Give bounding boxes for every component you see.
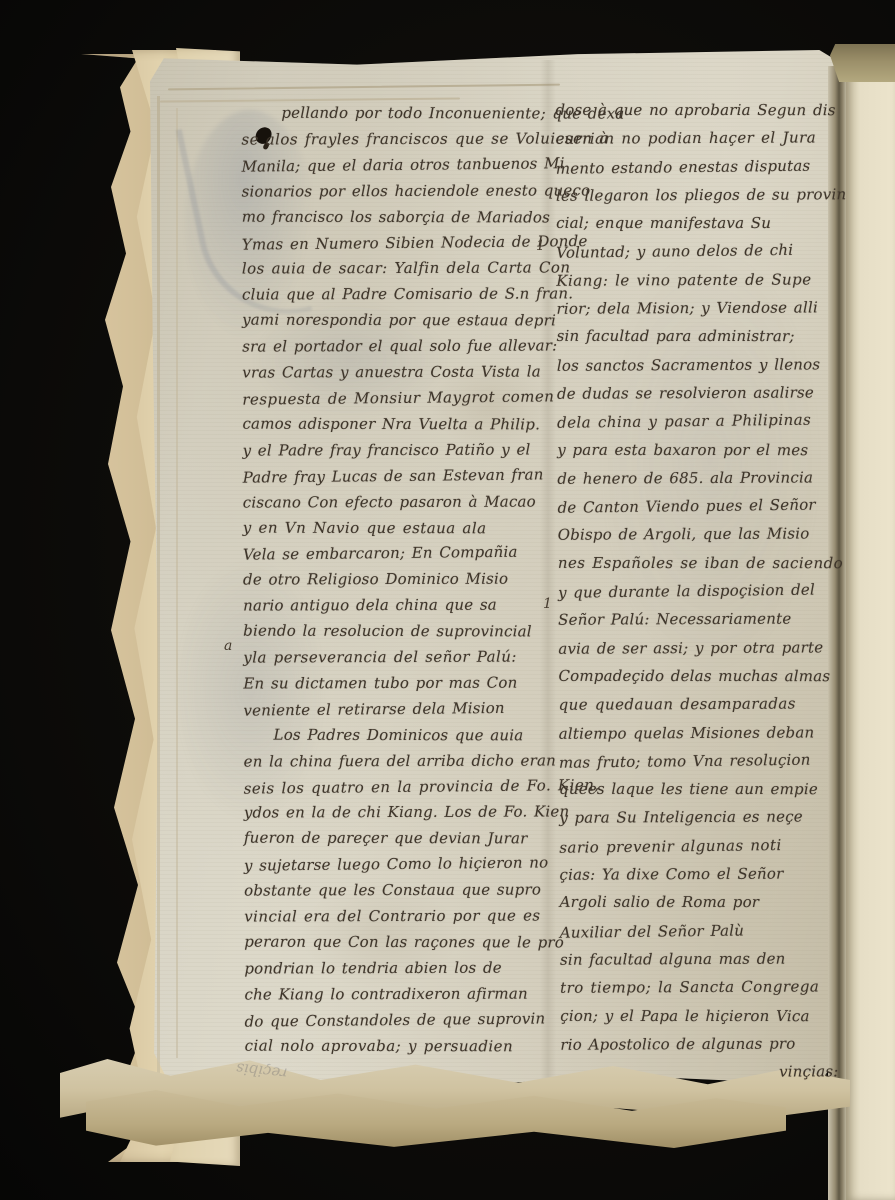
- manuscript-line: dela china y pasar a Philipinas: [557, 406, 845, 438]
- manuscript-line: peraron que Con las raçones que le pro: [244, 930, 550, 957]
- manuscript-line: yla perseverancia del señor Palú:: [243, 644, 549, 671]
- manuscript-line: fueron de pareçer que devian Jurar: [244, 826, 550, 853]
- manuscript-line: Ymas en Numero Sibien Nodecia de Donde: [242, 229, 548, 258]
- manuscript-line: vincial era del Contrario por que es: [244, 904, 550, 931]
- underleaf-edge-line-vertical: [157, 96, 160, 1076]
- manuscript-line: rior; dela Mision; y Viendose alli: [556, 293, 844, 323]
- manuscript-line: mo francisco los saborçia de Mariados: [242, 204, 548, 231]
- manuscript-line: sionarios por ellos haciendole enesto qu…: [242, 178, 548, 205]
- manuscript-line: camos adisponer Nra Vuelta a Philip.: [242, 411, 548, 438]
- marginal-insertion-mark: 1: [543, 596, 552, 612]
- manuscript-line: seis los quatro en la provincia de Fo. K…: [244, 773, 550, 802]
- manuscript-line: dose à que no aprobaria Segun dis: [555, 96, 843, 125]
- manuscript-line: cial nolo aprovaba; y persuadien: [245, 1033, 551, 1060]
- manuscript-line: quees laque les tiene aun empie: [559, 775, 847, 804]
- manuscript-line: se alos frayles franciscos que se Voluie…: [241, 126, 547, 153]
- manuscript-line: obstante que les Constaua que supro: [244, 878, 550, 905]
- manuscript-line: yami norespondia por que estaua depri: [242, 308, 548, 335]
- manuscript-line: ydos en la de chi Kiang. Los de Fo. Kien: [244, 800, 550, 827]
- manuscript-line: los sanctos Sacramentos y llenos: [557, 350, 845, 380]
- manuscript-line: Compadeçido delas muchas almas: [558, 662, 846, 691]
- manuscript-line: çias: Ya dixe Como el Señor: [559, 859, 847, 889]
- manuscript-line: nes Españoles se iban de saciendo: [558, 549, 846, 578]
- manuscript-line: sin facultad para administrar;: [557, 322, 845, 351]
- manuscript-line: y el Padre fray francisco Patiño y el: [243, 437, 549, 464]
- manuscript-line: y para esta baxaron por el mes: [557, 435, 845, 464]
- manuscript-line: de dudas se resolvieron asalirse: [557, 378, 845, 408]
- manuscript-line: y en Vn Navio que estaua ala: [243, 515, 549, 542]
- manuscript-line: veniente el retirarse dela Mision: [243, 695, 549, 724]
- manuscript-line: vinçias:: [560, 1057, 848, 1087]
- manuscript-line: mas fruto; tomo Vna resoluçion: [559, 745, 847, 777]
- manuscript-line: Manila; que el daria otros tanbuenos Mi: [241, 151, 547, 180]
- manuscript-line: en la china fuera del arriba dicho eran: [244, 748, 550, 775]
- manuscript-line: sario prevenir algunas noti: [559, 830, 847, 862]
- manuscript-line: y que durante la dispoçision del: [558, 575, 846, 607]
- manuscript-line: cluia que al Padre Comisario de S.n fran…: [242, 282, 548, 309]
- manuscript-line: rio Apostolico de algunas pro: [560, 1029, 848, 1059]
- manuscript-line: çion; y el Papa le hiçieron Vica: [560, 1001, 848, 1030]
- manuscript-line: les llegaron los pliegos de su provin: [556, 180, 844, 210]
- manuscript-line: que quedauan desamparadas: [559, 689, 847, 719]
- manuscript-line: pellando por todo Inconueniente; que dex…: [241, 101, 547, 128]
- underleaf-edge-line-vertical: [176, 108, 178, 1058]
- book-top-edge: [830, 44, 895, 82]
- manuscript-line: tro tiempo; la Sancta Congrega: [560, 972, 848, 1002]
- manuscript-line: respuesta de Monsiur Maygrot comen: [242, 384, 548, 413]
- manuscript-line: de henero de 685. ala Provincia: [557, 463, 845, 493]
- manuscript-line: En su dictamen tubo por mas Con: [243, 670, 549, 697]
- manuscript-line: vras Cartas y anuestra Costa Vista la: [242, 360, 548, 387]
- manuscript-line: Voluntad; y auno delos de chi: [556, 236, 844, 268]
- manuscript-line: de otro Religioso Dominico Misio: [243, 567, 549, 594]
- manuscript-line: Vela se embarcaron; En Compañia: [243, 540, 549, 569]
- manuscript-line: y sujetarse luego Como lo hiçieron no: [244, 851, 550, 880]
- marginal-insertion-mark: 1: [536, 238, 545, 254]
- manuscript-line: do que Constandoles de que suprovin: [244, 1006, 550, 1035]
- manuscript-line: y para Su Inteligencia es neçe: [559, 803, 847, 833]
- manuscript-line: che Kiang lo contradixeron afirman: [244, 981, 550, 1008]
- manuscript-line: Los Padres Dominicos que auia: [244, 722, 550, 749]
- manuscript-line: cial; enque manifestava Su: [556, 209, 844, 238]
- manuscript-line: pondrian lo tendria abien los de: [244, 955, 550, 982]
- marginal-insertion-mark: a: [224, 638, 232, 654]
- manuscript-line: Padre fray Lucas de san Estevan fran: [243, 462, 549, 491]
- manuscript-line: Argoli salio de Roma por: [560, 888, 848, 917]
- manuscript-line: nario antiguo dela china que sa: [243, 593, 549, 620]
- manuscript-line: Señor Palú: Necessariamente: [558, 605, 846, 635]
- manuscript-line: sra el portador el qual solo fue allevar…: [242, 334, 548, 361]
- manuscript-line: currian no podian haçer el Jura: [556, 124, 844, 154]
- manuscript-line: ciscano Con efecto pasaron à Macao: [243, 489, 549, 516]
- manuscript-line: altiempo quelas Misiones deban: [559, 718, 847, 748]
- right-text-column: dose à que no aprobaria Segun discurrian…: [555, 95, 848, 1087]
- manuscript-line: Obispo de Argoli, que las Misio: [558, 520, 846, 550]
- facing-blank-page: [846, 62, 895, 1200]
- manuscript-line: Auxiliar del Señor Palù: [560, 915, 848, 947]
- manuscript-line: Kiang: le vino patente de Supe: [556, 265, 844, 295]
- left-text-column: pellando por todo Inconueniente; que dex…: [241, 100, 550, 1060]
- manuscript-line: avia de ser assi; y por otra parte: [558, 633, 846, 663]
- manuscript-line: mento estando enestas disputas: [556, 151, 844, 183]
- manuscript-line: biendo la resolucion de suprovincial: [243, 619, 549, 646]
- manuscript-line: sin facultad alguna mas den: [560, 944, 848, 974]
- manuscript-line: los auia de sacar: Yalfin dela Carta Con: [242, 256, 548, 283]
- manuscript-line: de Canton Viendo pues el Señor: [557, 490, 845, 522]
